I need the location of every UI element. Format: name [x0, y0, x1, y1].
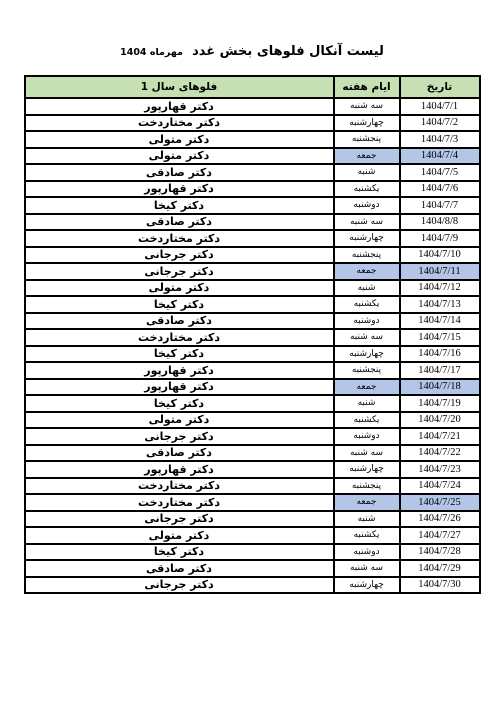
date-value: 1404/7/15	[418, 332, 461, 343]
table-row: 1404/7/11 جمعه دکتر جرجانی	[25, 263, 480, 280]
cell-doctor-name: دکتر صادقی	[25, 313, 334, 330]
date-value: 1404/7/28	[418, 546, 461, 557]
cell-doctor-name: دکتر مختاردخت	[25, 230, 334, 247]
date-value: 1404/7/7	[421, 200, 458, 211]
oncall-schedule-table: تاریخ ایام هفته فلوهای سال 1 1404/7/1 سه…	[24, 75, 481, 594]
cell-doctor-name: دکتر متولی	[25, 280, 334, 297]
cell-weekday: چهارشنبه	[334, 115, 400, 132]
cell-doctor-name: دکتر کیخا	[25, 346, 334, 363]
cell-date: 1404/7/12	[400, 280, 480, 297]
date-value: 1404/7/26	[418, 513, 461, 524]
cell-doctor-name: دکتر صادقی	[25, 164, 334, 181]
cell-date: 1404/7/18	[400, 379, 480, 396]
cell-date: 1404/7/15	[400, 329, 480, 346]
cell-weekday: شنبه	[334, 511, 400, 528]
table-body: 1404/7/1 سه شنبه دکتر قهارپور 1404/7/2 چ…	[25, 98, 480, 593]
cell-doctor-name: دکتر جرجانی	[25, 577, 334, 594]
table-row: 1404/7/12 شنبه دکتر متولی	[25, 280, 480, 297]
cell-doctor-name: دکتر مختاردخت	[25, 115, 334, 132]
table-row: 1404/7/4 جمعه دکتر متولی	[25, 148, 480, 165]
cell-weekday: شنبه	[334, 280, 400, 297]
cell-doctor-name: دکتر قهارپور	[25, 181, 334, 198]
cell-doctor-name: دکتر صادقی	[25, 445, 334, 462]
table-row: 1404/7/9 چهارشنبه دکتر مختاردخت	[25, 230, 480, 247]
cell-date: 1404/7/13	[400, 296, 480, 313]
table-row: 1404/7/5 شنبه دکتر صادقی	[25, 164, 480, 181]
cell-date: 1404/7/28	[400, 544, 480, 561]
cell-weekday: پنجشنبه	[334, 131, 400, 148]
table-row: 1404/7/1 سه شنبه دکتر قهارپور	[25, 98, 480, 115]
cell-weekday: چهارشنبه	[334, 230, 400, 247]
cell-weekday: جمعه	[334, 148, 400, 165]
date-value: 1404/7/11	[418, 266, 460, 277]
cell-date: 1404/7/7	[400, 197, 480, 214]
cell-weekday: یکشنبه	[334, 181, 400, 198]
cell-date: 1404/7/9	[400, 230, 480, 247]
table-row: 1404/7/7 دوشنبه دکتر کیخا	[25, 197, 480, 214]
document-title: لیست آنکال فلوهای بخش غدد مهرماه 1404	[0, 40, 504, 59]
cell-weekday: یکشنبه	[334, 296, 400, 313]
date-value: 1404/7/1	[421, 101, 458, 112]
cell-date: 1404/7/2	[400, 115, 480, 132]
cell-date: 1404/7/4	[400, 148, 480, 165]
date-value: 1404/7/23	[418, 464, 461, 475]
table-row: 1404/7/6 یکشنبه دکتر قهارپور	[25, 181, 480, 198]
table-row: 1404/7/27 یکشنبه دکتر متولی	[25, 527, 480, 544]
cell-date: 1404/7/19	[400, 395, 480, 412]
date-value: 1404/7/5	[421, 167, 458, 178]
document-title-main: لیست آنکال فلوهای بخش غدد	[192, 44, 384, 59]
table-row: 1404/7/28 دوشنبه دکتر کیخا	[25, 544, 480, 561]
cell-doctor-name: دکتر کیخا	[25, 544, 334, 561]
cell-weekday: سه شنبه	[334, 329, 400, 346]
cell-date: 1404/7/23	[400, 461, 480, 478]
cell-weekday: شنبه	[334, 164, 400, 181]
cell-date: 1404/7/26	[400, 511, 480, 528]
cell-date: 1404/7/30	[400, 577, 480, 594]
date-value: 1404/7/10	[418, 249, 461, 260]
cell-date: 1404/7/29	[400, 560, 480, 577]
cell-doctor-name: دکتر کیخا	[25, 197, 334, 214]
cell-date: 1404/7/11	[400, 263, 480, 280]
date-value: 1404/7/27	[418, 530, 461, 541]
date-value: 1404/7/25	[418, 497, 461, 508]
cell-weekday: جمعه	[334, 494, 400, 511]
cell-doctor-name: دکتر قهارپور	[25, 379, 334, 396]
cell-date: 1404/7/5	[400, 164, 480, 181]
cell-doctor-name: دکتر کیخا	[25, 395, 334, 412]
cell-weekday: سه شنبه	[334, 214, 400, 231]
cell-weekday: دوشنبه	[334, 428, 400, 445]
table-row: 1404/7/16 چهارشنبه دکتر کیخا	[25, 346, 480, 363]
date-value: 1404/7/30	[418, 579, 461, 590]
cell-doctor-name: دکتر متولی	[25, 527, 334, 544]
date-value: 1404/7/18	[418, 381, 461, 392]
date-value: 1404/7/3	[421, 134, 458, 145]
header-cell-weekday: ایام هفته	[334, 76, 400, 98]
cell-date: 1404/7/20	[400, 412, 480, 429]
cell-date: 1404/7/6	[400, 181, 480, 198]
cell-weekday: پنجشنبه	[334, 478, 400, 495]
table-row: 1404/7/17 پنجشنبه دکتر قهارپور	[25, 362, 480, 379]
cell-weekday: سه شنبه	[334, 560, 400, 577]
cell-doctor-name: دکتر جرجانی	[25, 247, 334, 264]
date-value: 1404/7/16	[418, 348, 461, 359]
cell-weekday: سه شنبه	[334, 445, 400, 462]
document-title-subtitle: مهرماه 1404	[120, 47, 183, 58]
table-row: 1404/7/20 یکشنبه دکتر متولی	[25, 412, 480, 429]
cell-date: 1404/7/17	[400, 362, 480, 379]
table-row: 1404/7/18 جمعه دکتر قهارپور	[25, 379, 480, 396]
cell-weekday: شنبه	[334, 395, 400, 412]
table-row: 1404/7/14 دوشنبه دکتر صادقی	[25, 313, 480, 330]
cell-doctor-name: دکتر مختاردخت	[25, 494, 334, 511]
cell-weekday: جمعه	[334, 263, 400, 280]
cell-doctor-name: دکتر متولی	[25, 148, 334, 165]
cell-date: 1404/7/14	[400, 313, 480, 330]
table-row: 1404/7/24 پنجشنبه دکتر مختاردخت	[25, 478, 480, 495]
header-cell-date: تاریخ	[400, 76, 480, 98]
document-page: لیست آنکال فلوهای بخش غدد مهرماه 1404 تا…	[0, 0, 504, 710]
cell-doctor-name: دکتر قهارپور	[25, 362, 334, 379]
date-value: 1404/7/17	[418, 365, 461, 376]
date-value: 1404/7/4	[421, 150, 458, 161]
cell-doctor-name: دکتر کیخا	[25, 296, 334, 313]
cell-date: 1404/7/10	[400, 247, 480, 264]
cell-weekday: یکشنبه	[334, 412, 400, 429]
cell-weekday: چهارشنبه	[334, 461, 400, 478]
cell-weekday: سه شنبه	[334, 98, 400, 115]
table-row: 1404/7/13 یکشنبه دکتر کیخا	[25, 296, 480, 313]
table-row: 1404/7/15 سه شنبه دکتر مختاردخت	[25, 329, 480, 346]
cell-doctor-name: دکتر قهارپور	[25, 461, 334, 478]
cell-date: 1404/7/24	[400, 478, 480, 495]
cell-date: 1404/7/3	[400, 131, 480, 148]
cell-date: 1404/7/25	[400, 494, 480, 511]
date-value: 1404/7/2	[421, 117, 458, 128]
cell-date: 1404/7/21	[400, 428, 480, 445]
cell-doctor-name: دکتر جرجانی	[25, 511, 334, 528]
cell-date: 1404/7/22	[400, 445, 480, 462]
date-value: 1404/7/9	[421, 233, 458, 244]
table-row: 1404/7/30 چهارشنبه دکتر جرجانی	[25, 577, 480, 594]
cell-weekday: دوشنبه	[334, 313, 400, 330]
date-value: 1404/7/24	[418, 480, 461, 491]
table-header-row: تاریخ ایام هفته فلوهای سال 1	[25, 76, 480, 98]
date-value: 1404/7/12	[418, 282, 461, 293]
date-value: 1404/7/13	[418, 299, 461, 310]
cell-doctor-name: دکتر قهارپور	[25, 98, 334, 115]
cell-weekday: چهارشنبه	[334, 577, 400, 594]
date-value: 1404/7/19	[418, 398, 461, 409]
table-row: 1404/7/2 چهارشنبه دکتر مختاردخت	[25, 115, 480, 132]
date-value: 1404/7/14	[418, 315, 461, 326]
cell-weekday: پنجشنبه	[334, 247, 400, 264]
table-row: 1404/7/22 سه شنبه دکتر صادقی	[25, 445, 480, 462]
date-value: 1404/8/8	[421, 216, 458, 227]
cell-date: 1404/7/1	[400, 98, 480, 115]
table-row: 1404/7/19 شنبه دکتر کیخا	[25, 395, 480, 412]
cell-doctor-name: دکتر جرجانی	[25, 263, 334, 280]
date-value: 1404/7/6	[421, 183, 458, 194]
cell-weekday: جمعه	[334, 379, 400, 396]
table-row: 1404/7/25 جمعه دکتر مختاردخت	[25, 494, 480, 511]
cell-doctor-name: دکتر جرجانی	[25, 428, 334, 445]
date-value: 1404/7/21	[418, 431, 461, 442]
table-row: 1404/7/21 دوشنبه دکتر جرجانی	[25, 428, 480, 445]
cell-weekday: پنجشنبه	[334, 362, 400, 379]
cell-date: 1404/7/27	[400, 527, 480, 544]
cell-date: 1404/8/8	[400, 214, 480, 231]
cell-date: 1404/7/16	[400, 346, 480, 363]
table-row: 1404/7/3 پنجشنبه دکتر متولی	[25, 131, 480, 148]
cell-weekday: دوشنبه	[334, 197, 400, 214]
date-value: 1404/7/29	[418, 563, 461, 574]
cell-doctor-name: دکتر مختاردخت	[25, 478, 334, 495]
table-row: 1404/7/10 پنجشنبه دکتر جرجانی	[25, 247, 480, 264]
cell-doctor-name: دکتر صادقی	[25, 214, 334, 231]
cell-weekday: یکشنبه	[334, 527, 400, 544]
date-value: 1404/7/22	[418, 447, 461, 458]
table-row: 1404/8/8 سه شنبه دکتر صادقی	[25, 214, 480, 231]
cell-doctor-name: دکتر متولی	[25, 131, 334, 148]
date-value: 1404/7/20	[418, 414, 461, 425]
table-row: 1404/7/29 سه شنبه دکتر صادقی	[25, 560, 480, 577]
cell-weekday: دوشنبه	[334, 544, 400, 561]
cell-doctor-name: دکتر متولی	[25, 412, 334, 429]
header-cell-fellows: فلوهای سال 1	[25, 76, 334, 98]
table-row: 1404/7/23 چهارشنبه دکتر قهارپور	[25, 461, 480, 478]
cell-doctor-name: دکتر مختاردخت	[25, 329, 334, 346]
cell-weekday: چهارشنبه	[334, 346, 400, 363]
table-row: 1404/7/26 شنبه دکتر جرجانی	[25, 511, 480, 528]
cell-doctor-name: دکتر صادقی	[25, 560, 334, 577]
